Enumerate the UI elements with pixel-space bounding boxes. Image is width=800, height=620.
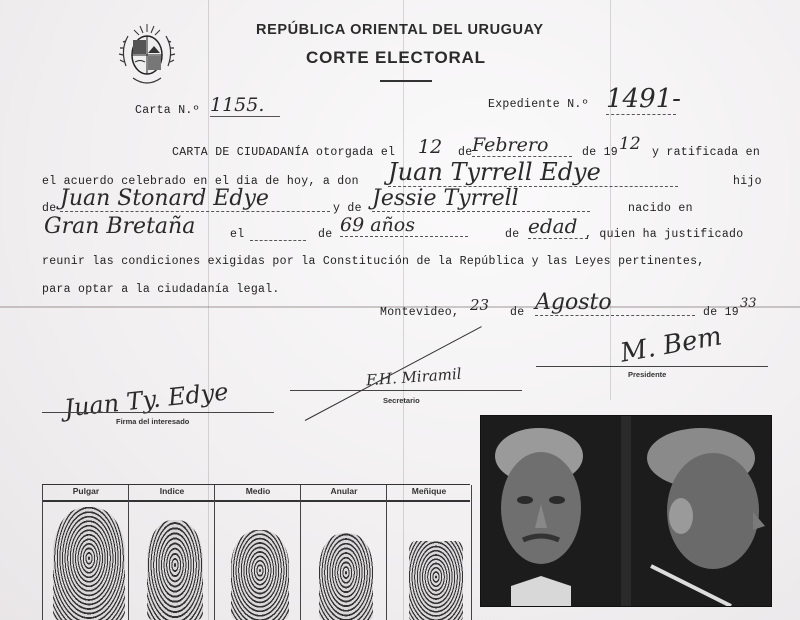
text-de: de — [505, 228, 519, 241]
thumb-print — [53, 507, 125, 620]
index-print — [147, 520, 203, 620]
column-header: Indice — [129, 486, 215, 496]
fingerprint-table: Pulgar Indice Medio Anular Meñique — [42, 484, 470, 620]
column-header: Pulgar — [43, 486, 129, 496]
little-finger-print — [409, 541, 463, 620]
blank-line — [250, 240, 306, 241]
coat-of-arms-icon — [118, 22, 176, 88]
middle-print — [231, 530, 289, 620]
sign-year-suffix: 33 — [740, 296, 757, 311]
column-header: Anular — [301, 486, 387, 496]
fingerprint-cell-medio: Medio — [214, 485, 301, 620]
carta-label: Carta N.º — [135, 104, 200, 117]
ring-print — [319, 533, 373, 620]
text-de: de — [318, 228, 332, 241]
decorative-rule — [380, 80, 432, 82]
body-line4-suffix: , quien ha justificado — [585, 228, 743, 241]
expediente-number: 1491- — [606, 84, 676, 115]
office-heading: CORTE ELECTORAL — [306, 48, 486, 68]
text-hijo: hijo — [733, 175, 762, 188]
fingerprint-cell-anular: Anular — [300, 485, 387, 620]
grant-year-suffix: 12 — [619, 134, 641, 154]
column-header: Meñique — [387, 486, 471, 496]
birthplace: Gran Bretaña — [44, 214, 224, 239]
text-de: de — [510, 306, 524, 319]
age-value: 69 años — [340, 214, 468, 237]
fold-line — [610, 0, 611, 400]
citizen-name: Juan Tyrrell Edye — [388, 158, 678, 187]
carta-number: 1155. — [210, 94, 280, 117]
body-line6: para optar a la ciudadanía legal. — [42, 283, 280, 296]
text-el: el — [230, 228, 244, 241]
president-label: Presidente — [628, 370, 666, 379]
country-heading: REPÚBLICA ORIENTAL DEL URUGUAY — [256, 22, 544, 38]
interested-label: Firma del interesado — [116, 417, 189, 426]
column-header: Medio — [215, 486, 301, 496]
signature-line — [536, 366, 768, 367]
citizen-photograph — [480, 415, 772, 607]
grant-day: 12 — [418, 136, 458, 158]
sign-day: 23 — [470, 296, 489, 314]
body-line1-prefix: CARTA DE CIUDADANÍA otorgada el — [172, 146, 395, 159]
edad-word: edad — [528, 214, 588, 239]
portrait-photo-icon — [481, 416, 771, 606]
sign-month: Agosto — [535, 290, 695, 316]
fingerprint-cell-menique: Meñique — [386, 485, 472, 620]
father-name: Juan Stonard Edye — [60, 186, 330, 212]
city: Montevideo, — [380, 306, 459, 319]
mother-name: Jessie Tyrrell — [372, 186, 590, 212]
secretary-label: Secretario — [383, 396, 420, 405]
grant-month: Febrero — [472, 134, 572, 157]
text-nacido-en: nacido en — [628, 202, 693, 215]
signature-line — [42, 412, 274, 413]
sign-year-prefix: de 19 — [703, 306, 739, 319]
fingerprint-cell-indice: Indice — [128, 485, 215, 620]
body-line5: reunir las condiciones exigidas por la C… — [42, 255, 705, 268]
signature-line — [290, 390, 522, 391]
expediente-label: Expediente N.º — [488, 98, 589, 111]
fingerprint-cell-pulgar: Pulgar — [42, 485, 129, 620]
